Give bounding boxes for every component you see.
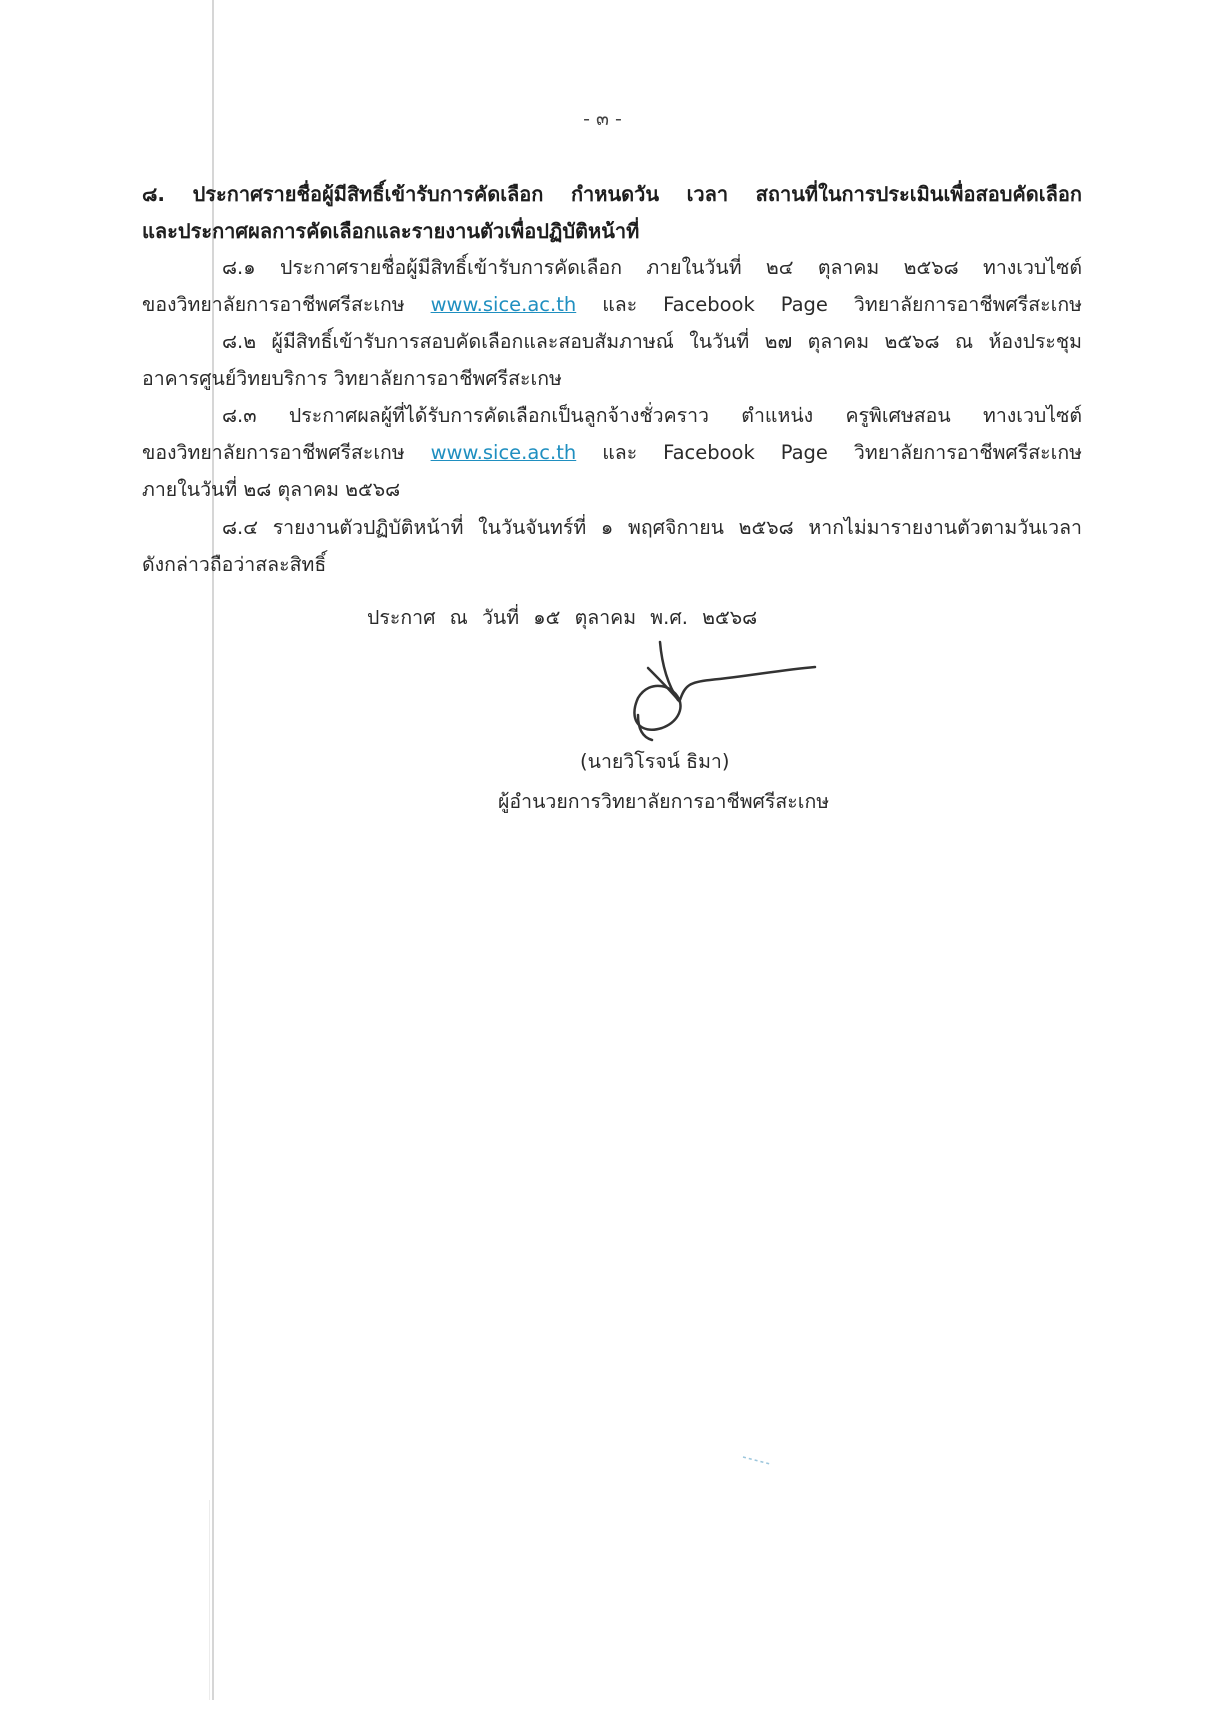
item-8-3-line2: ของวิทยาลัยการอาชีพศรีสะเกษ www.sice.ac.… [142, 440, 1082, 466]
scan-edge-line-faint [209, 1500, 210, 1700]
item-8-2-line1: ๘.๒ ผู้มีสิทธิ์เข้ารับการสอบคัดเลือกและส… [142, 329, 1082, 355]
announcement-date: ประกาศ ณ วันที่ ๑๕ ตุลาคม พ.ศ. ๒๕๖๘ [367, 602, 757, 633]
scan-speck [742, 1455, 772, 1465]
website-link[interactable]: www.sice.ac.th [431, 293, 577, 316]
section-heading-line2: และประกาศผลการคัดเลือกและรายงานตัวเพื่อป… [142, 218, 1082, 244]
item-8-1-suffix: และ Facebook Page วิทยาลัยการอาชีพศรีสะเ… [576, 293, 1082, 316]
item-8-1-line2: ของวิทยาลัยการอาชีพศรีสะเกษ www.sice.ac.… [142, 292, 1082, 318]
item-8-4-line1: ๘.๔ รายงานตัวปฏิบัติหน้าที่ ในวันจันทร์ท… [142, 515, 1082, 541]
item-8-3-line3: ภายในวันที่ ๒๘ ตุลาคม ๒๕๖๘ [142, 477, 1082, 503]
signature-icon [630, 640, 850, 750]
website-link[interactable]: www.sice.ac.th [431, 441, 577, 464]
item-8-1-prefix: ของวิทยาลัยการอาชีพศรีสะเกษ [142, 293, 431, 316]
page-number: - ๓ - [0, 104, 1205, 134]
signatory-title: ผู้อำนวยการวิทยาลัยการอาชีพศรีสะเกษ [498, 786, 829, 817]
item-8-3-prefix: ของวิทยาลัยการอาชีพศรีสะเกษ [142, 441, 431, 464]
item-8-3-suffix: และ Facebook Page วิทยาลัยการอาชีพศรีสะเ… [576, 441, 1082, 464]
section-heading-line1: ๘. ประกาศรายชื่อผู้มีสิทธิ์เข้ารับการคัด… [142, 181, 1082, 207]
item-8-4-line2: ดังกล่าวถือว่าสละสิทธิ์ [142, 552, 1082, 578]
signatory-name: (นายวิโรจน์ ธิมา) [580, 746, 729, 777]
item-8-2-line2: อาคารศูนย์วิทยบริการ วิทยาลัยการอาชีพศรี… [142, 366, 1082, 392]
item-8-1-line1: ๘.๑ ประกาศรายชื่อผู้มีสิทธิ์เข้ารับการคั… [142, 255, 1082, 281]
item-8-3-line1: ๘.๓ ประกาศผลผู้ที่ได้รับการคัดเลือกเป็นล… [142, 403, 1082, 429]
